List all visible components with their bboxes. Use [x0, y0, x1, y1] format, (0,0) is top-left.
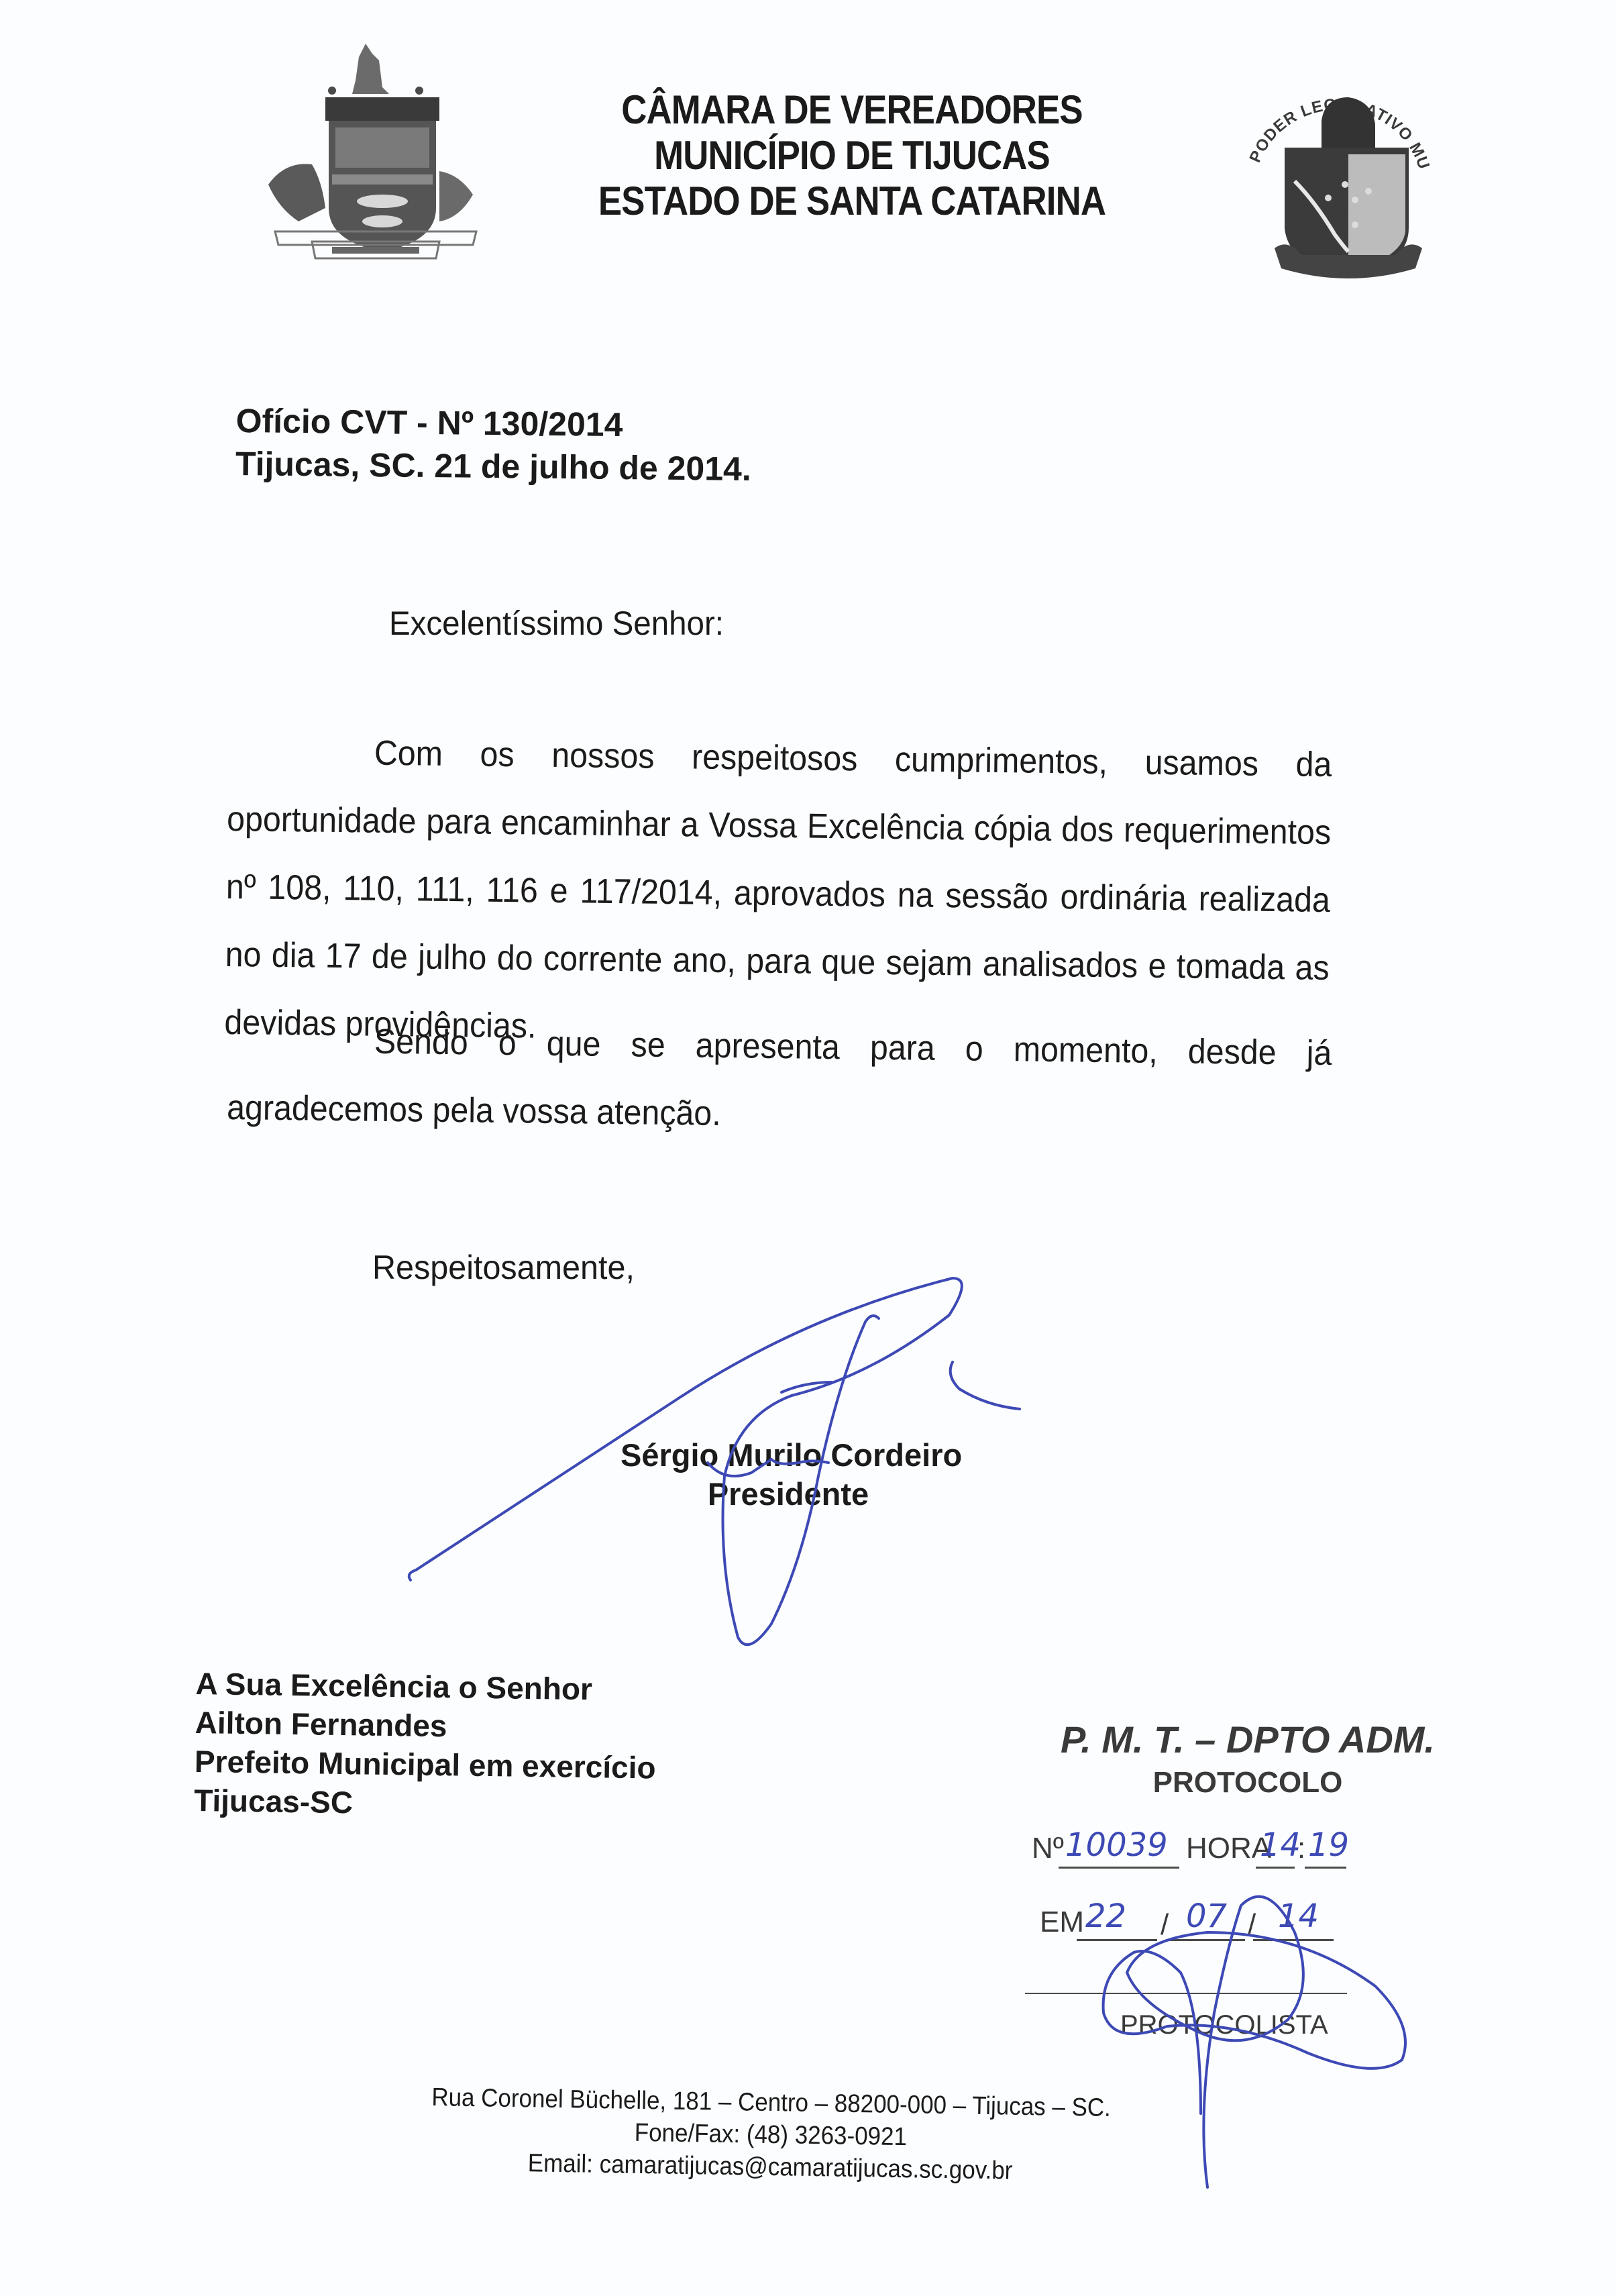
reference-block: Ofício CVT - Nº 130/2014 Tijucas, SC. 21… [235, 399, 752, 490]
hour-line [1256, 1867, 1295, 1869]
month-line [1166, 1939, 1245, 1941]
recipient-block: A Sua Excelência o Senhor Ailton Fernand… [194, 1664, 657, 1826]
letterhead-line-chamber: CÂMARA DE VEREADORES [557, 87, 1147, 133]
signer-name: Sérgio Murilo Cordeiro [621, 1436, 956, 1475]
minute-line [1305, 1867, 1346, 1869]
poder-legislativo-municipal-emblem-icon: PODER LEGISLATIVO MUNICIPAL [1228, 67, 1449, 295]
signature-block: Sérgio Murilo Cordeiro Presidente [621, 1436, 956, 1514]
recipient-location: Tijucas-SC [194, 1781, 655, 1826]
date-separator: / [1161, 1908, 1169, 1942]
protocol-hour-handwritten: 14 [1260, 1826, 1301, 1864]
year-line [1253, 1939, 1334, 1941]
recipient-role: Prefeito Municipal em exercício [195, 1742, 656, 1787]
municipal-coat-of-arms-icon [258, 40, 480, 268]
protocolist-signature-line [1025, 1993, 1347, 1994]
letterhead: CÂMARA DE VEREADORES MUNICÍPIO DE TIJUCA… [517, 87, 1187, 224]
number-line [1059, 1867, 1179, 1869]
stamp-date-label: EM [1040, 1906, 1084, 1939]
time-separator: : [1297, 1832, 1305, 1865]
body-paragraph-2: Sendo o que se apresenta para o momento,… [227, 1006, 1332, 1155]
letterhead-line-municipality: MUNICÍPIO DE TIJUCAS [557, 133, 1147, 178]
protocol-year-handwritten: 14 [1278, 1897, 1319, 1935]
protocol-month-handwritten: 07 [1186, 1897, 1227, 1935]
letterhead-line-state: ESTADO DE SANTA CATARINA [557, 178, 1147, 224]
stamp-subtitle: PROTOCOLO [1026, 1766, 1469, 1799]
recipient-line: A Sua Excelência o Senhor [195, 1664, 657, 1710]
letter-footer: Rua Coronel Büchelle, 181 – Centro – 882… [369, 2081, 1173, 2190]
stamp-title: P. M. T. – DPTO ADM. [1026, 1718, 1469, 1761]
signer-title: Presidente [621, 1475, 956, 1514]
stamp-footer: PROTOCOLISTA [1120, 2010, 1328, 2040]
recipient-name: Ailton Fernandes [195, 1703, 656, 1749]
protocol-stamp: P. M. T. – DPTO ADM. PROTOCOLO Nº 10039 … [1013, 1718, 1483, 2033]
stamp-hour-label: HORA [1186, 1832, 1271, 1865]
date-separator: / [1248, 1908, 1256, 1942]
place-date: Tijucas, SC. 21 de julho de 2014. [235, 442, 751, 490]
protocol-number-handwritten: 10039 [1065, 1826, 1168, 1864]
protocol-minute-handwritten: 19 [1308, 1826, 1349, 1864]
protocol-day-handwritten: 22 [1085, 1897, 1126, 1935]
stamp-number-label: Nº [1032, 1832, 1064, 1865]
office-number: Ofício CVT - Nº 130/2014 [235, 399, 751, 448]
salutation: Excelentíssimo Senhor: [389, 604, 724, 643]
closing: Respeitosamente, [372, 1248, 635, 1287]
day-line [1077, 1939, 1157, 1941]
